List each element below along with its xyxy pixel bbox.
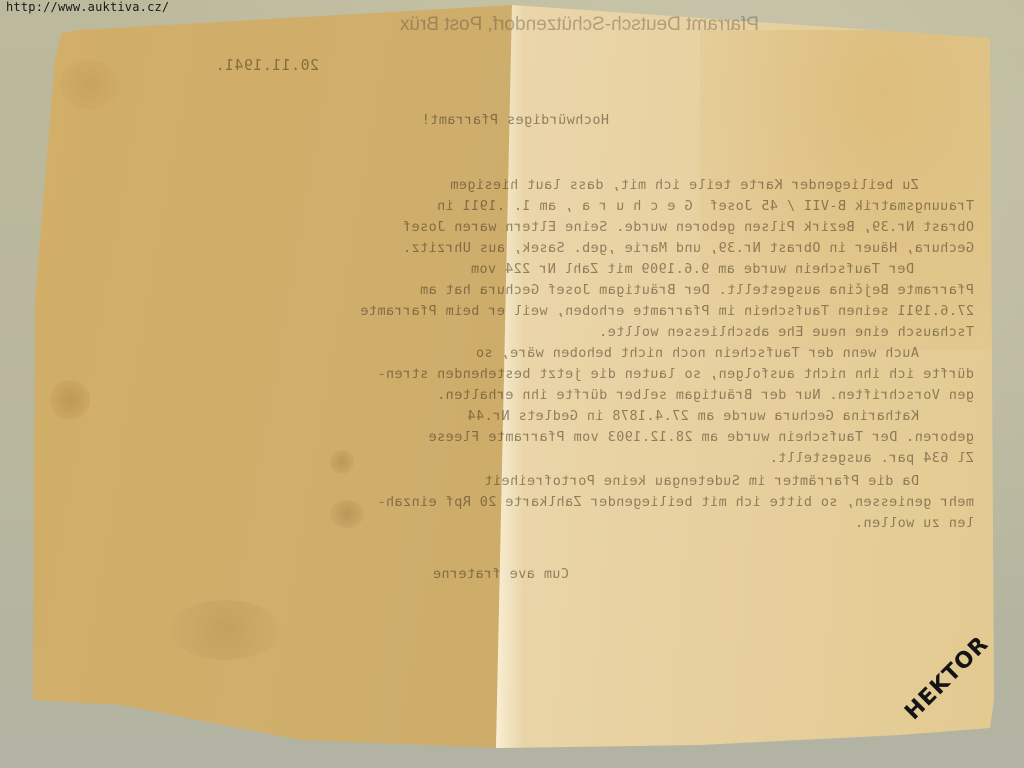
stain bbox=[60, 60, 120, 110]
source-url-caption: http://www.auktiva.cz/ bbox=[6, 0, 169, 14]
stain bbox=[330, 450, 354, 474]
stain bbox=[170, 600, 280, 660]
stain bbox=[330, 500, 364, 528]
stain bbox=[50, 380, 90, 420]
